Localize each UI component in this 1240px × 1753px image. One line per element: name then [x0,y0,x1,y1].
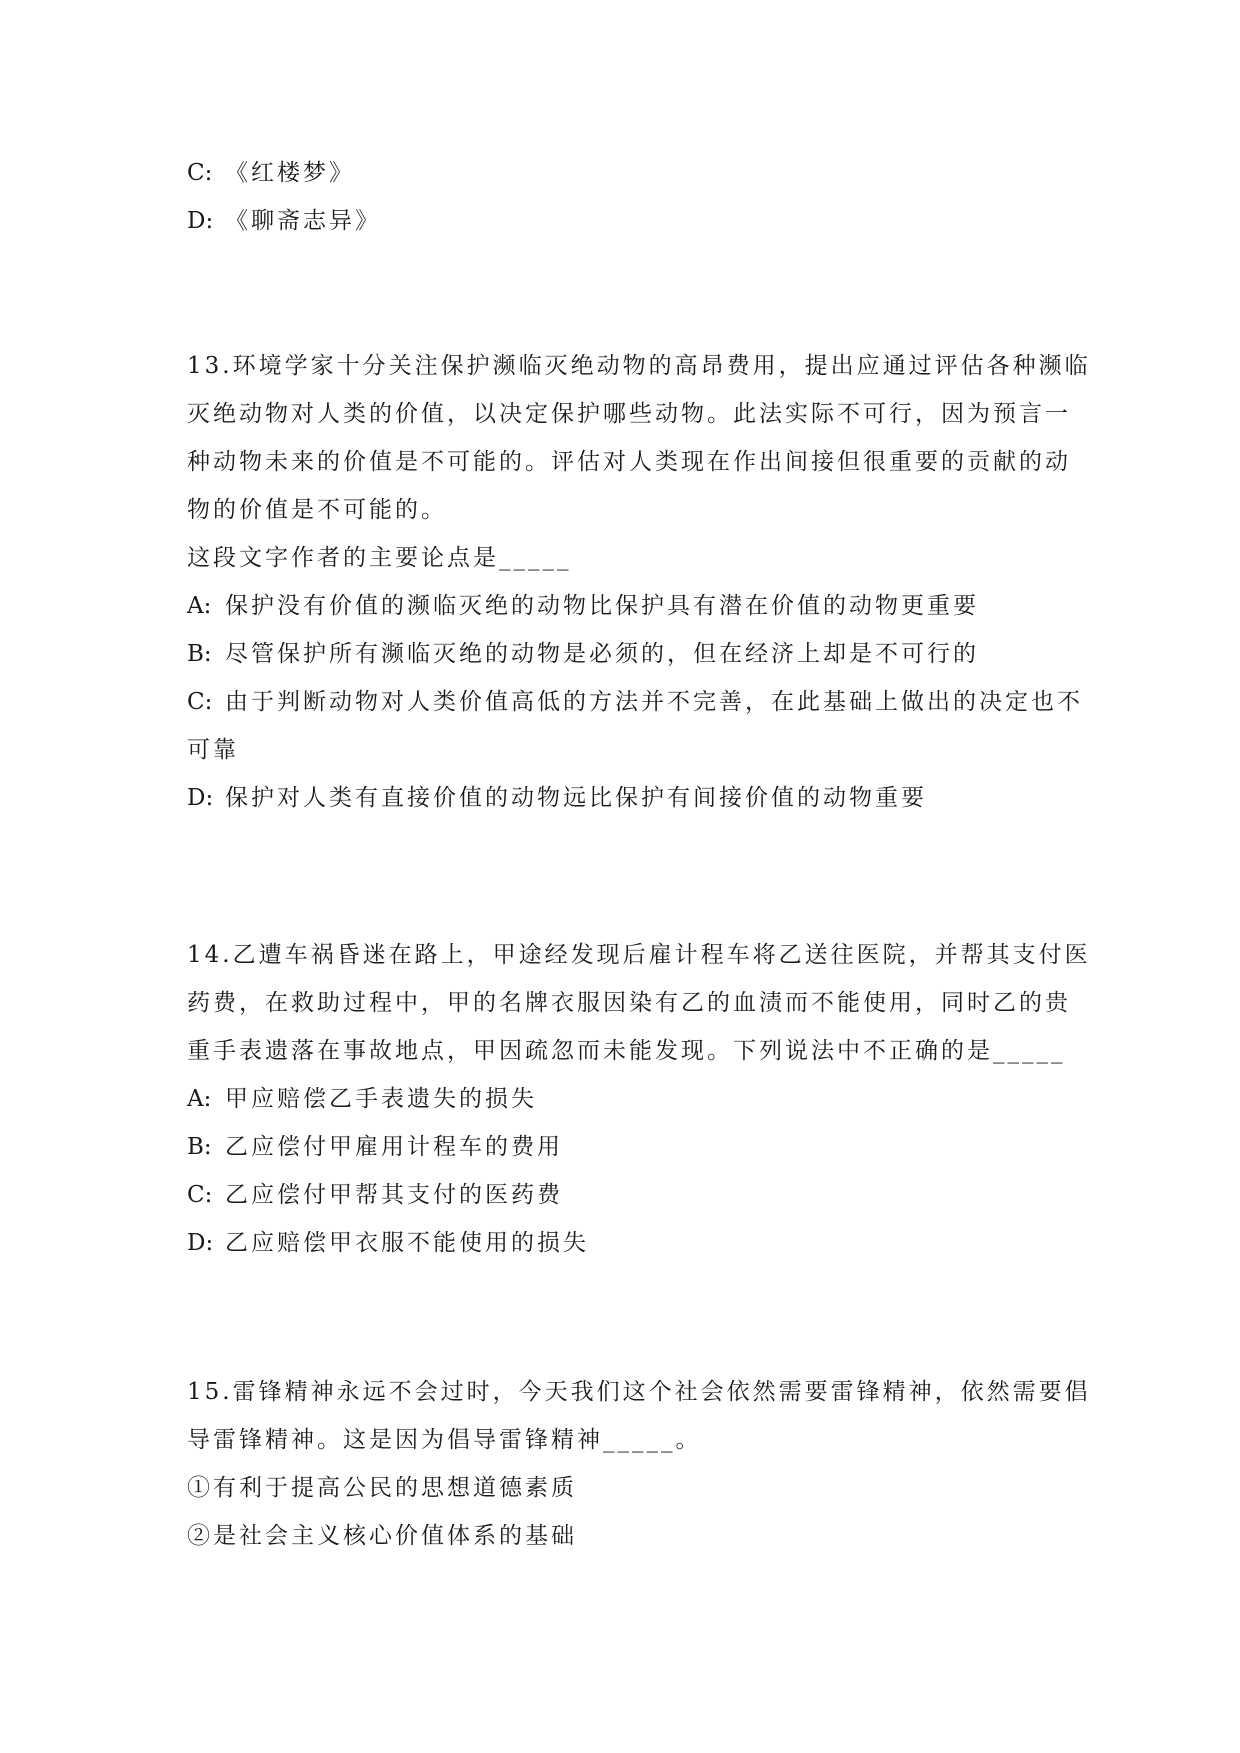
option-label: C: [187,1180,225,1210]
option-label: C: [187,158,225,188]
option-label: D: [187,206,225,236]
option-text: 乙应赔偿甲衣服不能使用的损失 [225,1230,589,1256]
option-text: 甲应赔偿乙手表遗失的损失 [225,1086,537,1112]
option-text: 尽管保护所有濒临灭绝的动物是必须的，但在经济上却是不可行的 [225,641,979,667]
option-text: 由于判断动物对人类价值高低的方法并不完善，在此基础上做出的决定也不 [225,689,1083,715]
q13-stem-line-3: 种动物未来的价值是不可能的。评估对人类现在作出间接但很重要的贡献的动 [187,447,1071,477]
q13-prompt: 这段文字作者的主要论点是_____ [187,543,572,573]
q15-item-1: ①有利于提高公民的思想道德素质 [187,1473,577,1503]
option-label: D: [187,1228,225,1258]
q13-option-c-continued: 可靠 [187,735,239,765]
q14-option-d: D:乙应赔偿甲衣服不能使用的损失 [187,1228,589,1258]
option-text: 保护没有价值的濒临灭绝的动物比保护具有潜在价值的动物更重要 [225,593,979,619]
q15-stem-line-1: 15.雷锋精神永远不会过时，今天我们这个社会依然需要雷锋精神，依然需要倡 [187,1377,1091,1407]
option-label: D: [187,783,225,813]
q15-item-2: ②是社会主义核心价值体系的基础 [187,1521,577,1551]
option-label: A: [187,591,225,621]
q13-option-a: A:保护没有价值的濒临灭绝的动物比保护具有潜在价值的动物更重要 [187,591,979,621]
q13-option-b: B:尽管保护所有濒临灭绝的动物是必须的，但在经济上却是不可行的 [187,639,979,669]
option-label: B: [187,639,225,669]
q14-stem-line-3: 重手表遗落在事故地点，甲因疏忽而未能发现。下列说法中不正确的是_____ [187,1036,1066,1066]
q12-option-c: C:《红楼梦》 [187,158,355,188]
option-text: 《聊斋志异》 [225,208,381,234]
q14-stem-line-1: 14.乙遭车祸昏迷在路上，甲途经发现后雇计程车将乙送往医院，并帮其支付医 [187,940,1091,970]
option-label: B: [187,1132,225,1162]
q15-stem-line-2: 导雷锋精神。这是因为倡导雷锋精神_____。 [187,1425,702,1455]
option-text: 乙应偿付甲帮其支付的医药费 [225,1182,563,1208]
option-label: A: [187,1084,225,1114]
q13-option-d: D:保护对人类有直接价值的动物远比保护有间接价值的动物重要 [187,783,927,813]
q13-stem-line-2: 灭绝动物对人类的价值，以决定保护哪些动物。此法实际不可行，因为预言一 [187,399,1071,429]
option-text: 保护对人类有直接价值的动物远比保护有间接价值的动物重要 [225,785,927,811]
q14-stem-line-2: 药费，在救助过程中，甲的名牌衣服因染有乙的血渍而不能使用，同时乙的贵 [187,988,1071,1018]
option-text: 乙应偿付甲雇用计程车的费用 [225,1134,563,1160]
q12-option-d: D:《聊斋志异》 [187,206,381,236]
option-text: 《红楼梦》 [225,160,355,186]
q13-stem-line-1: 13.环境学家十分关注保护濒临灭绝动物的高昂费用，提出应通过评估各种濒临 [187,351,1091,381]
q14-option-c: C:乙应偿付甲帮其支付的医药费 [187,1180,563,1210]
q14-option-a: A:甲应赔偿乙手表遗失的损失 [187,1084,537,1114]
q13-option-c: C:由于判断动物对人类价值高低的方法并不完善，在此基础上做出的决定也不 [187,687,1083,717]
q14-option-b: B:乙应偿付甲雇用计程车的费用 [187,1132,563,1162]
option-label: C: [187,687,225,717]
q13-stem-line-4: 物的价值是不可能的。 [187,495,447,525]
